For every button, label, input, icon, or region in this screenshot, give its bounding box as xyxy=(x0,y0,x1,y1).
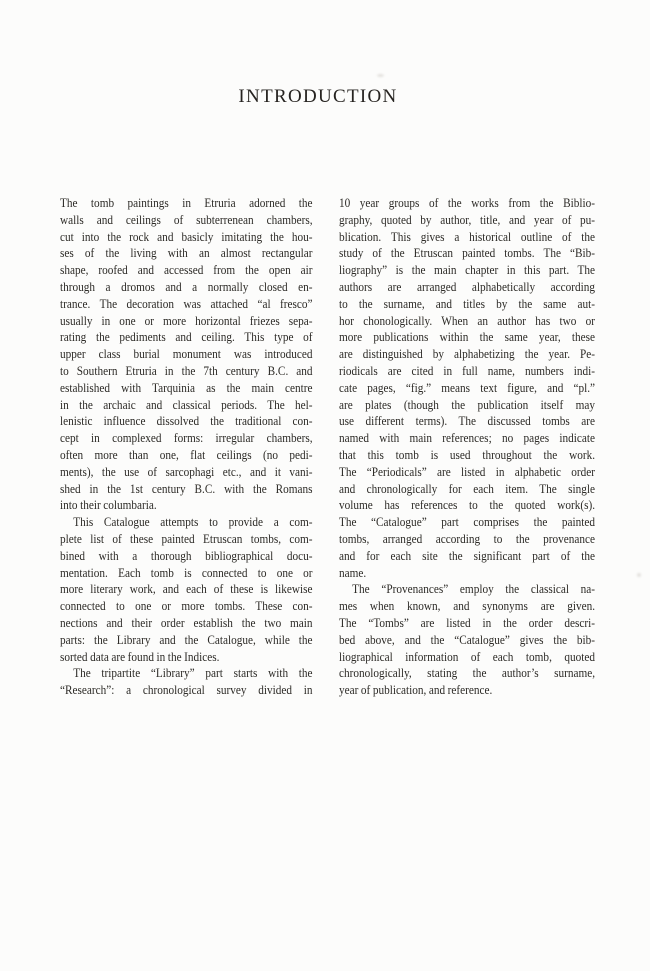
text-line: cate pages, “fig.” means text figure, an… xyxy=(339,380,595,397)
scan-speck xyxy=(377,74,384,77)
text-column-right: 10 year groups of the works from the Bib… xyxy=(339,195,595,699)
text-line: parts: the Library and the Catalogue, wh… xyxy=(60,632,313,649)
text-line: The “Periodicals” are listed in alphabet… xyxy=(339,464,595,481)
text-line: volume has references to the quoted work… xyxy=(339,497,595,514)
text-line: plete list of these painted Etruscan tom… xyxy=(60,531,313,548)
text-line: usually in one or more horizontal frieze… xyxy=(60,313,313,330)
text-line: more publications within the same year, … xyxy=(339,329,595,346)
text-line: year of publication, and reference. xyxy=(339,682,595,699)
text-line: mes when known, and synonyms are given. xyxy=(339,598,595,615)
text-column-left: The tomb paintings in Etruria adorned th… xyxy=(60,195,313,699)
text-line: bined with a thorough bibliographical do… xyxy=(60,548,313,565)
text-line: This Catalogue attempts to provide a com… xyxy=(60,514,313,531)
text-line: and chronologically for each item. The s… xyxy=(339,481,595,498)
text-line: to the surname, and titles by the same a… xyxy=(339,296,595,313)
text-line: riodicals are cited in full name, number… xyxy=(339,363,595,380)
text-line: trance. The decoration was attached “al … xyxy=(60,296,313,313)
text-line: authors are arranged alphabetically acco… xyxy=(339,279,595,296)
text-line: tombs, arranged according to the provena… xyxy=(339,531,595,548)
text-line: The “Tombs” are listed in the order desc… xyxy=(339,615,595,632)
text-line: lenistic influence dissolved the traditi… xyxy=(60,413,313,430)
text-line: into their columbaria. xyxy=(60,497,313,514)
text-line: The “Provenances” employ the classical n… xyxy=(339,581,595,598)
text-line: cept in complexed forms: irregular chamb… xyxy=(60,430,313,447)
text-line: connected to one or more tombs. These co… xyxy=(60,598,313,615)
text-line: hor chonologically. When an author has t… xyxy=(339,313,595,330)
text-line: bed above, and the “Catalogue” gives the… xyxy=(339,632,595,649)
text-line: graphy, quoted by author, title, and yea… xyxy=(339,212,595,229)
text-line: through a dromos and a normally closed e… xyxy=(60,279,313,296)
text-line: cut into the rock and basicly imitating … xyxy=(60,229,313,246)
text-line: mentation. Each tomb is connected to one… xyxy=(60,565,313,582)
text-line: are plates (though the publication itsel… xyxy=(339,397,595,414)
text-line: The “Catalogue” part comprises the paint… xyxy=(339,514,595,531)
text-line: liography” is the main chapter in this p… xyxy=(339,262,595,279)
text-line: sorted data are found in the Indices. xyxy=(60,649,313,666)
text-line: shed in the 1st century B.C. with the Ro… xyxy=(60,481,313,498)
book-page: INTRODUCTION The tomb paintings in Etrur… xyxy=(0,0,650,971)
text-line: liographical information of each tomb, q… xyxy=(339,649,595,666)
text-line: established with Tarquinia as the main c… xyxy=(60,380,313,397)
text-line: shape, roofed and accessed from the open… xyxy=(60,262,313,279)
text-line: more literary work, and each of these is… xyxy=(60,581,313,598)
scan-speck xyxy=(637,573,641,577)
text-line: in the archaic and classical periods. Th… xyxy=(60,397,313,414)
text-line: 10 year groups of the works from the Bib… xyxy=(339,195,595,212)
text-line: ses of the living with an almost rectang… xyxy=(60,245,313,262)
text-columns: The tomb paintings in Etruria adorned th… xyxy=(60,195,595,699)
text-line: The tomb paintings in Etruria adorned th… xyxy=(60,195,313,212)
text-line: name. xyxy=(339,565,595,582)
text-line: study of the Etruscan painted tombs. The… xyxy=(339,245,595,262)
text-line: chronologically, stating the author’s su… xyxy=(339,665,595,682)
text-line: and for each site the significant part o… xyxy=(339,548,595,565)
page-title: INTRODUCTION xyxy=(0,86,643,108)
text-line: nections and their order establish the t… xyxy=(60,615,313,632)
text-line: blication. This gives a historical outli… xyxy=(339,229,595,246)
text-line: upper class burial monument was introduc… xyxy=(60,346,313,363)
text-line: rating the pediments and ceiling. This t… xyxy=(60,329,313,346)
text-line: ments), the use of sarcophagi etc., and … xyxy=(60,464,313,481)
text-line: are distinguished by alphabetizing the y… xyxy=(339,346,595,363)
text-line: walls and ceilings of subterrenean chamb… xyxy=(60,212,313,229)
text-line: often more than one, flat ceilings (no p… xyxy=(60,447,313,464)
text-line: named with main references; no pages ind… xyxy=(339,430,595,447)
text-line: that this tomb is used throughout the wo… xyxy=(339,447,595,464)
text-line: “Research”: a chronological survey divid… xyxy=(60,682,313,699)
text-line: to Southern Etruria in the 7th century B… xyxy=(60,363,313,380)
text-line: The tripartite “Library” part starts wit… xyxy=(60,665,313,682)
text-line: use different terms). The discussed tomb… xyxy=(339,413,595,430)
